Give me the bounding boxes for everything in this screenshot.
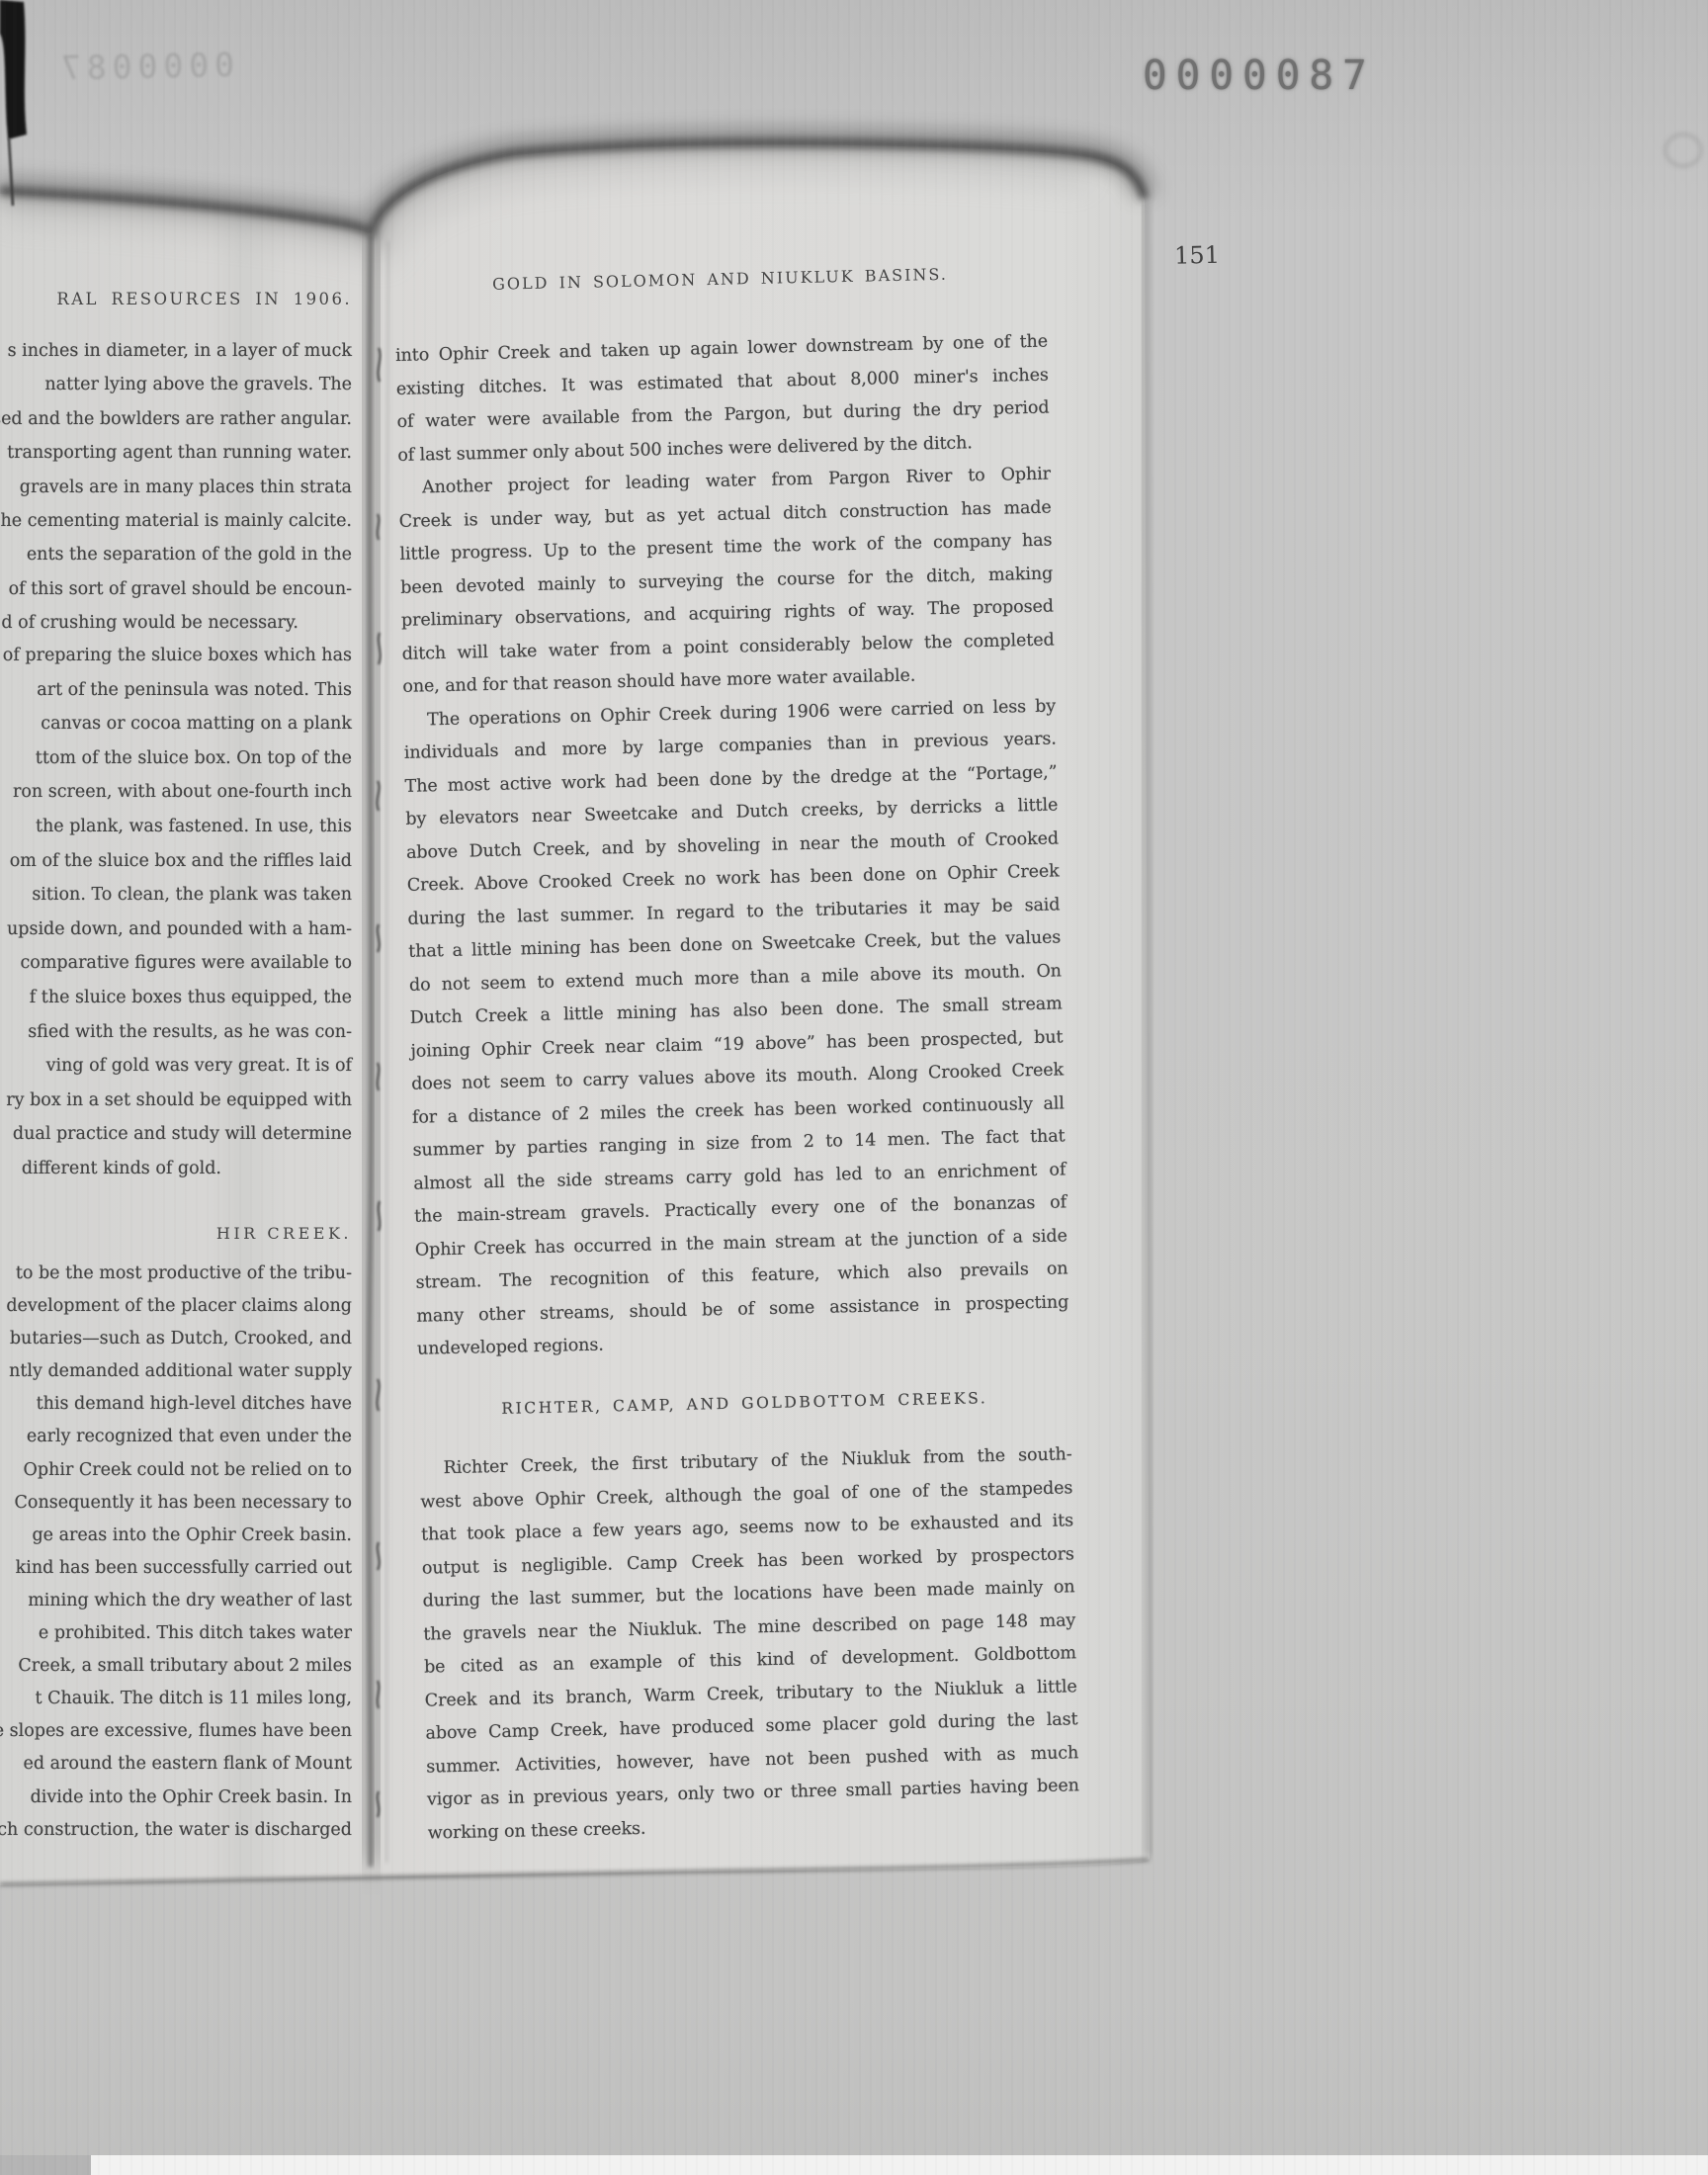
text-line: this demand high-level ditches have [0, 1388, 352, 1421]
text-line: ntly demanded additional water supply [0, 1355, 352, 1388]
right-page-body: into Ophir Creek and taken up again lowe… [395, 326, 1080, 1851]
paragraph-group-1: into Ophir Creek and taken up again lowe… [395, 326, 1069, 1367]
text-line: d of crushing would be necessary. [0, 606, 352, 640]
paragraph: Another project for leading water from P… [398, 459, 1056, 705]
text-line: sed and the bowlders are rather angular. [0, 402, 352, 436]
paragraph: Richter Creek, the first tributary of th… [419, 1438, 1080, 1850]
left-text-block-3: to be the most productive of the tribu-d… [0, 1258, 352, 1847]
text-line: upside down, and pounded with a ham- [0, 913, 352, 947]
text-line: Creek, a small tributary about 2 miles [0, 1650, 352, 1683]
text-line: comparative figures were available to [0, 946, 352, 981]
text-line: Ophir Creek could not be relied on to [0, 1454, 352, 1487]
text-line: dual practice and study will determine [0, 1117, 352, 1152]
text-line: art of the peninsula was noted. This [0, 673, 352, 708]
text-line: gravels are in many places thin strata [0, 471, 352, 504]
left-text-block-1: s inches in diameter, in a layer of muck… [0, 334, 352, 641]
text-line: natter lying above the gravels. The [0, 368, 352, 401]
ghost-stamp: 0000087 [22, 45, 235, 88]
text-line: ents the separation of the gold in the [0, 538, 352, 571]
text-line: ed around the eastern flank of Mount [0, 1748, 352, 1781]
scanned-book-page: 0000087 0000087 RAL RESOURCES IN 1906. s… [0, 0, 1708, 2175]
paragraph: into Ophir Creek and taken up again lowe… [395, 326, 1051, 473]
text-line: ch construction, the water is discharged [0, 1814, 352, 1847]
text-line: he cementing material is mainly calcite. [0, 504, 352, 538]
right-page-header: GOLD IN SOLOMON AND NIUKLUK BASINS. [393, 263, 1046, 296]
text-line: divide into the Ophir Creek basin. In [0, 1782, 352, 1814]
scan-bottom-strip [91, 2155, 1708, 2175]
text-line: om of the sluice box and the riffles lai… [0, 844, 352, 879]
text-line: to be the most productive of the tribu- [0, 1258, 352, 1290]
text-line: canvas or cocoa matting on a plank [0, 707, 352, 741]
text-line: ving of gold was very great. It is of [0, 1049, 352, 1084]
text-line: of preparing the sluice boxes which has [0, 639, 352, 673]
text-line: ge areas into the Ophir Creek basin. [0, 1520, 352, 1552]
text-line: kind has been successfully carried out [0, 1552, 352, 1585]
left-text-block-2: of preparing the sluice boxes which hasa… [0, 639, 352, 1186]
text-line: ron screen, with about one-fourth inch [0, 775, 352, 810]
text-line: different kinds of gold. [0, 1152, 352, 1186]
right-section-heading: RICHTER, CAMP, AND GOLDBOTTOM CREEKS. [418, 1380, 1071, 1428]
text-line: e slopes are excessive, flumes have been [0, 1715, 352, 1748]
text-line: t Chauik. The ditch is 11 miles long, [0, 1683, 352, 1715]
text-line: butaries—such as Dutch, Crooked, and [0, 1323, 352, 1355]
text-line: development of the placer claims along [0, 1290, 352, 1323]
text-line: mining which the dry weather of last [0, 1585, 352, 1617]
text-line: e prohibited. This ditch takes water [0, 1617, 352, 1650]
text-line: f the sluice boxes thus equipped, the [0, 981, 352, 1015]
text-line: transporting agent than running water. [0, 436, 352, 470]
text-line: the plank, was fastened. In use, this [0, 810, 352, 844]
stamp-number: 0000087 [1143, 51, 1390, 99]
text-line: Consequently it has been necessary to [0, 1487, 352, 1520]
paragraph: The operations on Ophir Creek during 190… [403, 690, 1069, 1366]
text-line: early recognized that even under the [0, 1421, 352, 1453]
right-page: GOLD IN SOLOMON AND NIUKLUK BASINS. 151 … [393, 241, 1250, 1940]
scan-smudge [1665, 134, 1701, 166]
text-line: ry box in a set should be equipped with [0, 1084, 352, 1118]
text-line: of this sort of gravel should be encoun- [0, 572, 352, 606]
text-line: sfied with the results, as he was con- [0, 1015, 352, 1050]
text-line: s inches in diameter, in a layer of muck [0, 334, 352, 368]
paragraph-group-2: Richter Creek, the first tributary of th… [419, 1438, 1080, 1850]
text-line: ttom of the sluice box. On top of the [0, 741, 352, 776]
page-number: 151 [1174, 241, 1220, 270]
text-line: sition. To clean, the plank was taken [0, 878, 352, 913]
